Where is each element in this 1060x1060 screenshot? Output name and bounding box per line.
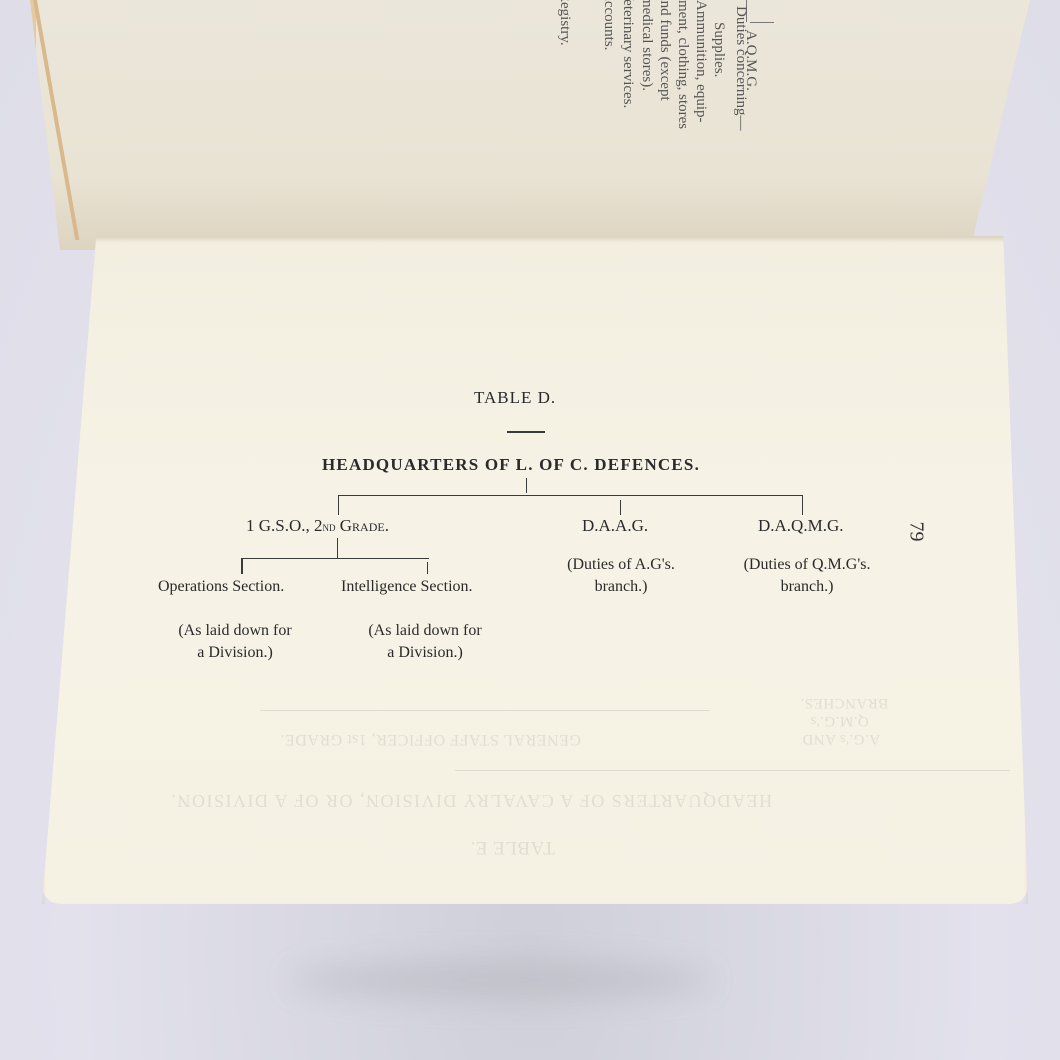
chart-title: HEADQUARTERS OF L. OF C. DEFENCES. (322, 455, 700, 475)
daag-note: (Duties of A.G's. branch.) (546, 554, 696, 598)
operations-section: Operations Section. (158, 578, 284, 596)
table-title: TABLE D. (474, 388, 556, 408)
bleed-line (455, 770, 1010, 771)
rotated-line: medical stores). (638, 0, 656, 91)
daqmg-note-line2: branch.) (726, 576, 888, 598)
connector-line (427, 562, 428, 574)
intelligence-section: Intelligence Section. (341, 578, 473, 596)
rotated-line: and funds (except (656, 0, 674, 101)
connector-line (241, 558, 243, 574)
bleed-line (260, 710, 710, 711)
daqmg-note-line1: (Duties of Q.M.G's. (726, 554, 888, 576)
previous-page (30, 0, 1030, 250)
rotated-line: Veterinary services. (619, 0, 637, 108)
rotated-line: Supplies. (710, 22, 728, 77)
page-number: 79 (905, 522, 928, 542)
bleed-through-title: TABLE E. (470, 836, 555, 858)
rotated-line: Accounts. (600, 0, 618, 50)
bleed-through-right: Q.M.G.'s (810, 712, 869, 729)
connector-line (337, 538, 338, 558)
operations-note-line1: (As laid down for (150, 620, 320, 642)
daqmg-note: (Duties of Q.M.G's. branch.) (726, 554, 888, 598)
rotated-connector (750, 22, 774, 23)
connector-line (802, 495, 803, 515)
connector-line (526, 478, 527, 493)
bleed-through-right: BRANCHES. (800, 694, 888, 711)
gso-node: 1 G.S.O., 2nd Grade. (246, 516, 389, 536)
rotated-line: ment, clothing, stores (674, 0, 692, 129)
daqmg-node: D.A.Q.M.G. (758, 516, 843, 536)
bleed-through-sub: GENERAL STAFF OFFICER, 1st GRADE. (280, 730, 581, 748)
daag-note-line2: branch.) (546, 576, 696, 598)
rotated-line: Registry. (556, 0, 574, 46)
operations-note-line2: a Division.) (150, 642, 320, 664)
connector-line (338, 495, 339, 515)
bleed-through-right: A.G.'s AND (802, 730, 880, 747)
intelligence-note: (As laid down for a Division.) (340, 620, 510, 664)
rotated-line: Ammunition, equip- (692, 0, 710, 123)
cloth-shadow (290, 960, 710, 1000)
connector-line (241, 558, 429, 559)
daag-node: D.A.A.G. (582, 516, 648, 536)
intelligence-note-line1: (As laid down for (340, 620, 510, 642)
rotated-line: Duties concerning— (732, 6, 750, 131)
gso-label-suffix: Grade. (336, 516, 389, 535)
title-rule (507, 431, 545, 433)
bleed-through-heading: HEADQUARTERS OF A CAVALRY DIVISION, OR O… (170, 790, 772, 811)
gso-label-sup: nd (323, 519, 336, 534)
connector-line (338, 495, 803, 496)
connector-line (620, 500, 621, 515)
daag-note-line1: (Duties of A.G's. (546, 554, 696, 576)
intelligence-note-line2: a Division.) (340, 642, 510, 664)
operations-note: (As laid down for a Division.) (150, 620, 320, 664)
gso-label: 1 G.S.O., 2 (246, 516, 323, 535)
